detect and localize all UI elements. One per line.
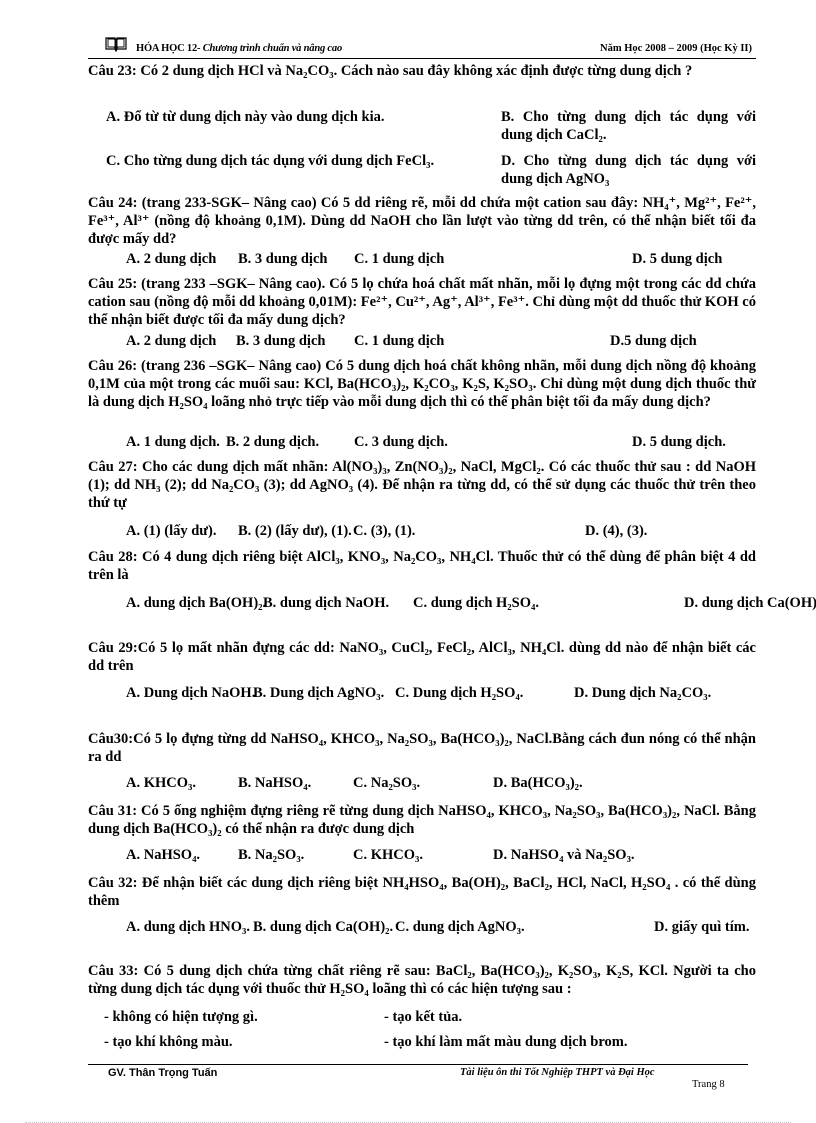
option-a: A. 2 dung dịch [126, 332, 216, 350]
option-d: D.5 dung dịch [610, 332, 697, 350]
option-b: B. Dung dịch AgNO₃. [253, 684, 384, 702]
bullet-item: - không có hiện tượng gì. [104, 1008, 258, 1026]
option-d: D. Cho từng dung dịch tác dụng với dung … [501, 152, 756, 188]
open-book-icon [105, 36, 127, 52]
header-school-year: Năm Học 2008 – 2009 (Học Kỳ II) [600, 43, 752, 54]
option-b: B. NaHSO₄. [238, 774, 311, 792]
option-a: A. NaHSO₄. [126, 846, 200, 864]
option-b: B. (2) (lấy dư), (1). [238, 522, 352, 540]
bullet-item: - tạo kết tủa. [384, 1008, 462, 1026]
question-text: Câu 28: Có 4 dung dịch riêng biệt AlCl₃,… [88, 548, 756, 584]
option-b: B. 3 dung dịch [236, 332, 325, 350]
option-row: A. 2 dung dịch B. 3 dung dịch C. 1 dung … [88, 332, 756, 350]
bullet-item: - tạo khí làm mất màu dung dịch brom. [384, 1033, 627, 1051]
page-header: HÓA HỌC 12- Chương trình chuẩn và nâng c… [88, 36, 756, 59]
option-d: D. 5 dung dịch. [632, 433, 726, 451]
question-text: Câu 33: Có 5 dung dịch chứa từng chất ri… [88, 962, 756, 998]
option-row: A. (1) (lấy dư). B. (2) (lấy dư), (1). C… [88, 522, 756, 540]
option-row: A. NaHSO₄. B. Na₂SO₃. C. KHCO₃. D. NaHSO… [88, 846, 756, 864]
option-a: A. KHCO₃. [126, 774, 196, 792]
option-b: B. 2 dung dịch. [226, 433, 319, 451]
option-d: D. NaHSO₄ và Na₂SO₃. [493, 846, 635, 864]
option-b: B. dung dịch NaOH. [263, 594, 389, 612]
footer-description: Tài liệu ôn thi Tốt Nghiệp THPT và Đại H… [460, 1067, 655, 1078]
option-a: A. dung dịch Ba(OH)₂. [126, 594, 266, 612]
option-row: A. 1 dung dịch. B. 2 dung dịch. C. 3 dun… [88, 433, 756, 451]
question-text: Câu 29:Có 5 lọ mất nhãn đựng các dd: NaN… [88, 639, 756, 675]
question-text: Câu30:Có 5 lọ đựng từng dd NaHSO₄, KHCO₃… [88, 730, 756, 766]
option-row: A. Dung dịch NaOH. B. Dung dịch AgNO₃. C… [88, 684, 756, 702]
question-text: Câu 26: (trang 236 –SGK– Nâng cao) Có 5 … [88, 357, 756, 411]
option-c: C. (3), (1). [353, 522, 415, 540]
option-d: D. Ba(HCO₃)₂. [493, 774, 583, 792]
option-c: C. 3 dung dịch. [354, 433, 448, 451]
option-d: D. Dung dịch Na₂CO₃. [574, 684, 711, 702]
option-b: B. 3 dung dịch [238, 250, 327, 268]
option-d: D. (4), (3). [585, 522, 647, 540]
option-d: D. 5 dung dịch [632, 250, 722, 268]
option-a: A. Dung dịch NaOH. [126, 684, 255, 702]
header-subject: HÓA HỌC 12- Chương trình chuẩn và nâng c… [136, 43, 342, 54]
page-number: Trang 8 [692, 1079, 725, 1090]
option-row: A. dung dịch HNO₃. B. dung dịch Ca(OH)₂.… [88, 918, 756, 936]
question-text: Câu 23: Có 2 dung dịch HCl và Na₂CO₃. Cá… [88, 62, 756, 80]
option-a: A. 1 dung dịch. [126, 433, 220, 451]
question-text: Câu 27: Cho các dung dịch mất nhãn: Al(N… [88, 458, 756, 512]
question-text: Câu 25: (trang 233 –SGK– Nâng cao). Có 5… [88, 275, 756, 329]
option-c: C. KHCO₃. [353, 846, 423, 864]
option-b: B. Cho từng dung dịch tác dụng với dung … [501, 108, 756, 144]
bullet-item: - tạo khí không màu. [104, 1033, 233, 1051]
footer-divider [88, 1064, 748, 1065]
option-c: C. 1 dung dịch [354, 332, 444, 350]
option-c: C. Dung dịch H₂SO₄. [395, 684, 523, 702]
option-b: B. dung dịch Ca(OH)₂. [253, 918, 393, 936]
option-row: A. KHCO₃. B. NaHSO₄. C. Na₂SO₃. D. Ba(HC… [88, 774, 756, 792]
footer-author: GV. Thân Trọng Tuấn [108, 1067, 217, 1079]
option-a: A. (1) (lấy dư). [126, 522, 216, 540]
option-b: B. Na₂SO₃. [238, 846, 304, 864]
question-text: Câu 24: (trang 233-SGK– Nâng cao) Có 5 d… [88, 194, 756, 248]
option-c: C. Na₂SO₃. [353, 774, 420, 792]
option-row: A. dung dịch Ba(OH)₂. B. dung dịch NaOH.… [88, 594, 756, 612]
question-text: Câu 31: Có 5 ống nghiệm đựng riêng rẽ từ… [88, 802, 756, 838]
option-row: A. 2 dung dịch B. 3 dung dịch C. 1 dung … [88, 250, 756, 268]
option-d: D. dung dịch Ca(OH)₂. [684, 594, 816, 612]
option-c: C. 1 dung dịch [354, 250, 444, 268]
option-a: A. Đổ từ từ dung dịch này vào dung dịch … [106, 109, 384, 125]
option-d: D. giấy quì tím. [654, 918, 749, 936]
option-a: A. 2 dung dịch [126, 250, 216, 268]
option-a: A. dung dịch HNO₃. [126, 918, 250, 936]
question-text: Câu 32: Để nhận biết các dung dịch riêng… [88, 874, 756, 910]
option-c: C. dung dịch AgNO₃. [395, 918, 525, 936]
option-c: C. dung dịch H₂SO₄. [413, 594, 539, 612]
